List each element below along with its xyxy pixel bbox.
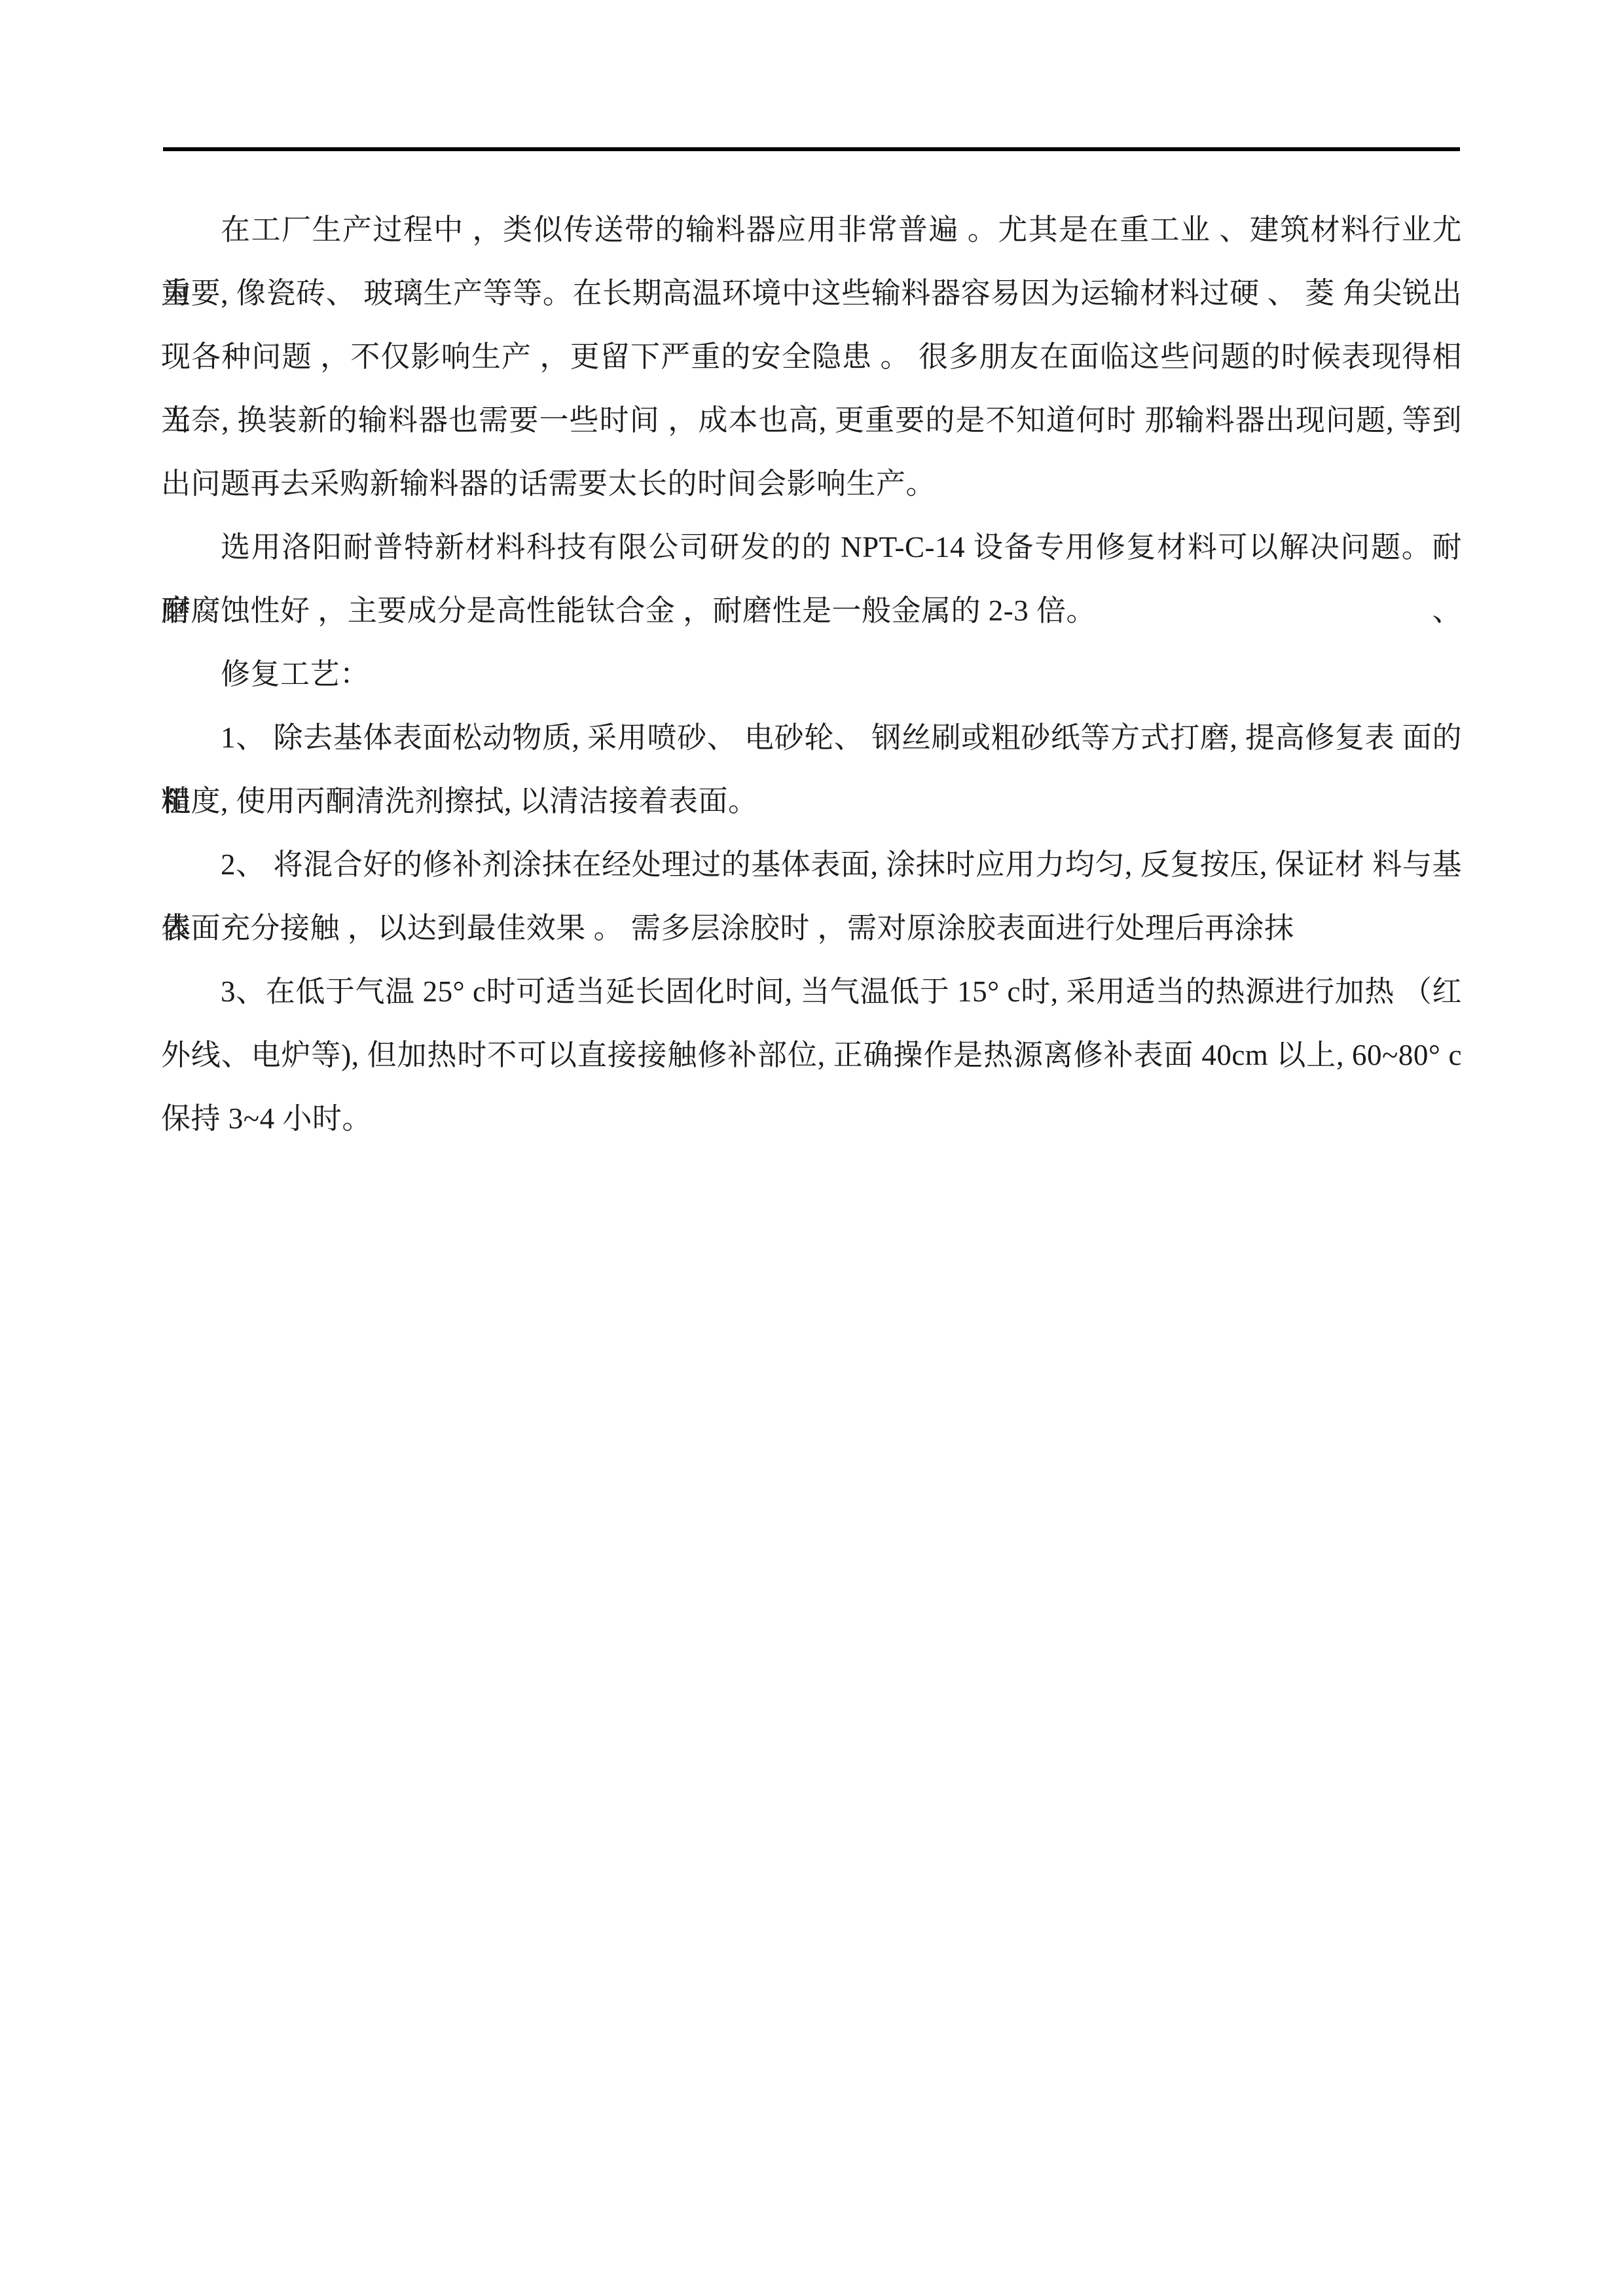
text-line: 外线、电炉等), 但加热时不可以直接接触修补部位, 正确操作是热源离修补表面 4…: [161, 1024, 1462, 1087]
text-line: 表面充分接触 ，以达到最佳效果 。 需多层涂胶时 ，需对原涂胶表面进行处理后再涂…: [161, 897, 1462, 960]
text-line: 在工厂生产过程中 ，类似传送带的输料器应用非常普遍 。尤其是在重工业 、建筑材料…: [161, 198, 1462, 262]
text-line: 出问题再去采购新输料器的话需要太长的时间会影响生产。: [161, 452, 1462, 516]
text-line: 修复工艺：: [161, 643, 1462, 706]
text-line: 无奈, 换装新的输料器也需要一些时间 ，成本也高, 更重要的是不知道何时 那输料…: [161, 389, 1462, 452]
text-line: 选用洛阳耐普特新材料科技有限公司研发的的 NPT-C-14 设备专用修复材料可以…: [161, 516, 1462, 579]
header-rule: [163, 147, 1460, 151]
document-page: 在工厂生产过程中 ，类似传送带的输料器应用非常普遍 。尤其是在重工业 、建筑材料…: [0, 0, 1623, 2296]
text-line: 糙度, 使用丙酮清洗剂擦拭, 以清洁接着表面。: [161, 770, 1462, 833]
text-line: 保持 3~4 小时。: [161, 1087, 1462, 1151]
text-line: 1、 除去基体表面松动物质, 采用喷砂、 电砂轮、 钢丝刷或粗砂纸等方式打磨, …: [161, 706, 1462, 770]
text-line: 3、在低于气温 25° c时可适当延长固化时间, 当气温低于 15° c时, 采…: [161, 960, 1462, 1024]
text-line: 2、 将混合好的修补剂涂抹在经处理过的基体表面, 涂抹时应用力均匀, 反复按压,…: [161, 833, 1462, 897]
text-line: 重要, 像瓷砖、 玻璃生产等等。在长期高温环境中这些输料器容易因为运输材料过硬 …: [161, 262, 1462, 325]
document-body: 在工厂生产过程中 ，类似传送带的输料器应用非常普遍 。尤其是在重工业 、建筑材料…: [161, 198, 1462, 1151]
text-line: 现各种问题 ，不仅影响生产 ，更留下严重的安全隐患 。 很多朋友在面临这些问题的…: [161, 325, 1462, 389]
